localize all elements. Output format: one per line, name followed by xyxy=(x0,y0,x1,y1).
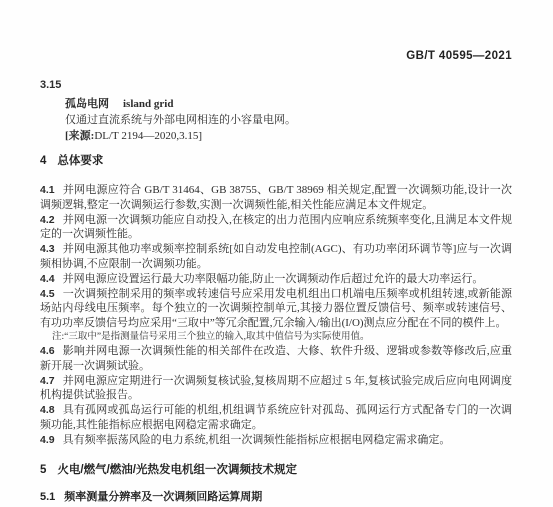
clause-4-5-note: 注:“三取中”是指测量信号采用三个独立的输入,取其中值信号为实际使用值。 xyxy=(52,331,512,344)
clause-text: 一次调频控制采用的频率或转速信号应采用发电机组出口机端电压频率或机组转速,或新能… xyxy=(40,288,512,330)
clause-number: 4.1 xyxy=(40,184,55,196)
clause-4-9: 4.9具有频率振荡风险的电力系统,机组一次调频性能指标应根据电网稳定需求确定。 xyxy=(40,433,512,448)
section-4-clauses: 4.1并网电源应符合 GB/T 31464、GB 38755、GB/T 3896… xyxy=(40,183,512,448)
term-chinese: 孤岛电网 xyxy=(65,98,109,110)
clause-4-2: 4.2并网电源一次调频功能应自动投入,在核定的出力范围内应响应系统频率变化,且满… xyxy=(40,213,512,243)
term-title-line: 孤岛电网island grid xyxy=(65,96,512,112)
clause-number: 4.7 xyxy=(40,375,55,387)
section-5-number: 5 xyxy=(40,464,46,476)
term-definition-block: 3.15 孤岛电网island grid 仅通过直流系统与外部电网相连的小容量电… xyxy=(40,79,512,144)
clause-4-3: 4.3并网电源其他功率或频率控制系统[如自动发电控制(AGC)、有功功率闭环调节… xyxy=(40,242,512,272)
clause-4-6: 4.6影响并网电源一次调频性能的相关部件在改造、大修、软件升级、逻辑或参数等修改… xyxy=(40,344,512,374)
clause-text: 具有孤网或孤岛运行可能的机组,机组调节系统应针对孤岛、孤网运行方式配备专门的一次… xyxy=(40,404,512,431)
section-5-1-title: 频率测量分辨率及一次调频回路运算周期 xyxy=(64,491,262,503)
term-definition: 仅通过直流系统与外部电网相连的小容量电网。 xyxy=(65,112,512,128)
clause-number: 4.9 xyxy=(40,434,55,446)
document-page: GB/T 40595—2021 3.15 孤岛电网island grid 仅通过… xyxy=(0,0,553,507)
clause-4-1: 4.1并网电源应符合 GB/T 31464、GB 38755、GB/T 3896… xyxy=(40,183,512,213)
section-5-heading: 5火电/燃气/燃油/光热发电机组一次调频技术规定 xyxy=(40,464,512,477)
term-source: [来源:DL/T 2194—2020,3.15] xyxy=(65,128,512,144)
clause-number: 4.3 xyxy=(40,243,55,255)
clause-text: 并网电源一次调频功能应自动投入,在核定的出力范围内应响应系统频率变化,且满足本文… xyxy=(40,214,512,241)
section-4-heading: 4总体要求 xyxy=(40,155,512,168)
clause-4-7: 4.7并网电源应定期进行一次调频复核试验,复核周期不应超过 5 年,复核试验完成… xyxy=(40,374,512,404)
clause-number: 4.4 xyxy=(40,273,55,285)
clause-number: 4.2 xyxy=(40,214,55,226)
clause-text: 影响并网电源一次调频性能的相关部件在改造、大修、软件升级、逻辑或参数等修改后,应… xyxy=(40,345,512,372)
clause-4-5: 4.5一次调频控制采用的频率或转速信号应采用发电机组出口机端电压频率或机组转速,… xyxy=(40,287,512,331)
source-label: [来源: xyxy=(65,130,94,142)
clause-text: 并网电源应定期进行一次调频复核试验,复核周期不应超过 5 年,复核试验完成后应向… xyxy=(40,375,512,402)
clause-4-4: 4.4并网电源应设置运行最大功率限幅功能,防止一次调频动作后超过允许的最大功率运… xyxy=(40,272,512,287)
section-4-title: 总体要求 xyxy=(57,155,103,167)
section-5-title: 火电/燃气/燃油/光热发电机组一次调频技术规定 xyxy=(57,464,297,476)
clause-text: 并网电源应符合 GB/T 31464、GB 38755、GB/T 38969 相… xyxy=(40,184,512,211)
clause-text: 具有频率振荡风险的电力系统,机组一次调频性能指标应根据电网稳定需求确定。 xyxy=(63,434,451,446)
clause-text: 并网电源其他功率或频率控制系统[如自动发电控制(AGC)、有功功率闭环调节等]应… xyxy=(40,243,512,270)
section-5-1-number: 5.1 xyxy=(40,491,55,503)
term-english: island grid xyxy=(123,98,173,110)
term-clause-number: 3.15 xyxy=(40,79,512,92)
clause-number: 4.6 xyxy=(40,345,55,357)
section-5-1-heading: 5.1频率测量分辨率及一次调频回路运算周期 xyxy=(40,491,512,504)
source-reference: DL/T 2194—2020,3.15] xyxy=(94,130,202,142)
section-4-number: 4 xyxy=(40,155,46,167)
clause-text: 并网电源应设置运行最大功率限幅功能,防止一次调频动作后超过允许的最大功率运行。 xyxy=(63,273,484,285)
clause-4-8: 4.8具有孤网或孤岛运行可能的机组,机组调节系统应针对孤岛、孤网运行方式配备专门… xyxy=(40,403,512,433)
doc-number-header: GB/T 40595—2021 xyxy=(40,50,512,63)
clause-number: 4.8 xyxy=(40,404,55,416)
clause-number: 4.5 xyxy=(40,288,55,300)
